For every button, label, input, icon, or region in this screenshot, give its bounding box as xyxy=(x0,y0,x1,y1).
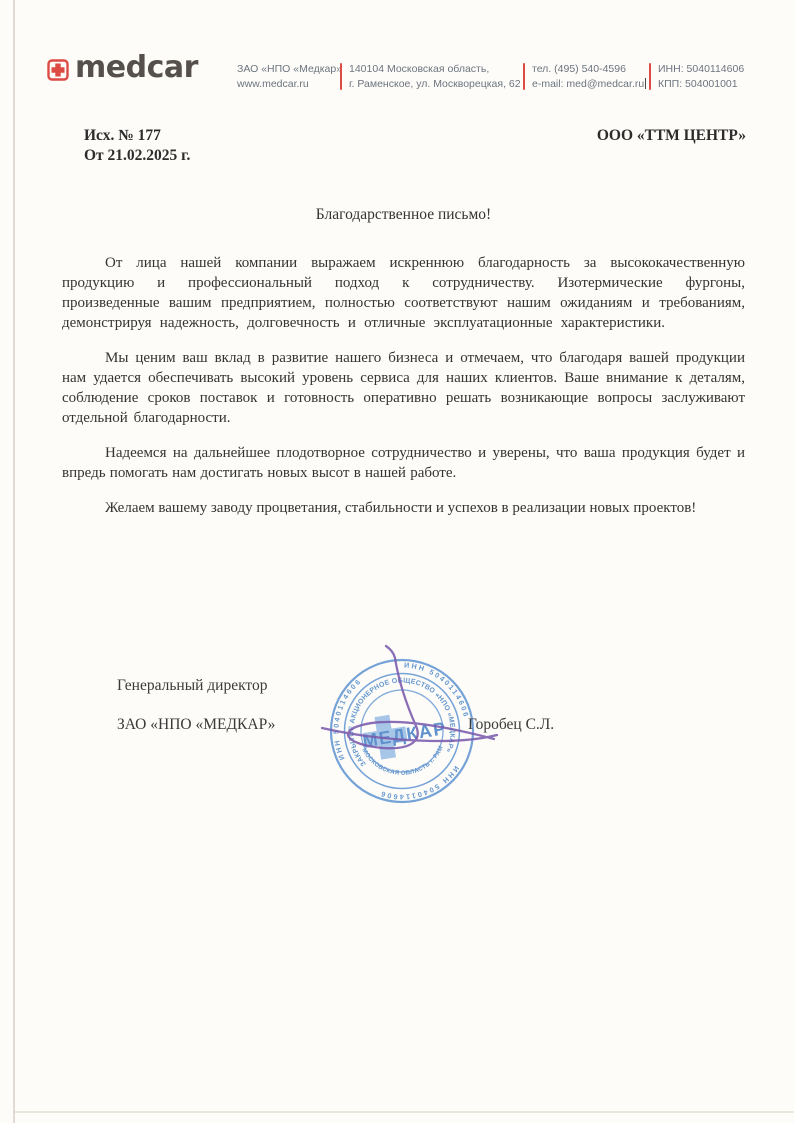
handwritten-signature xyxy=(300,628,510,768)
letter-paragraph-4: Желаем вашему заводу процветания, стабил… xyxy=(62,498,745,518)
header-divider xyxy=(340,63,342,90)
signature-block: Генеральный директор ЗАО «НПО «МЕДКАР» xyxy=(117,676,275,734)
contact-address-line2: г. Раменское, ул. Москворецкая, 62 xyxy=(349,77,521,92)
recipient: ООО «ТТМ ЦЕНТР» xyxy=(597,126,746,146)
scan-edge-left xyxy=(13,0,15,1123)
letter-title: Благодарственное письмо! xyxy=(62,204,745,226)
signer-position: Генеральный директор xyxy=(117,676,275,695)
contact-address-line1: 140104 Московская область, xyxy=(349,62,521,77)
contact-company: ЗАО «НПО «Медкар» www.medcar.ru xyxy=(237,62,342,91)
letter-meta: Исх. № 177 От 21.02.2025 г. ООО «ТТМ ЦЕН… xyxy=(84,126,746,165)
letter-body: Благодарственное письмо! От лица нашей к… xyxy=(62,204,745,533)
letter-paragraph-3: Надеемся на дальнейшее плодотворное сотр… xyxy=(62,443,745,483)
medical-cross-icon xyxy=(47,59,69,81)
contact-phone-email: тел. (495) 540-4596 e-mail: med@medcar.r… xyxy=(532,62,646,91)
scan-artifact-line xyxy=(645,78,646,89)
signer-company: ЗАО «НПО «МЕДКАР» xyxy=(117,715,275,734)
contact-website: www.medcar.ru xyxy=(237,77,342,92)
letter-paragraph-1: От лица нашей компании выражаем искренню… xyxy=(62,253,745,333)
logo-wordmark: medcar xyxy=(75,53,198,83)
outgoing-block: Исх. № 177 От 21.02.2025 г. xyxy=(84,126,190,165)
contact-address: 140104 Московская область, г. Раменское,… xyxy=(349,62,521,91)
outgoing-number: Исх. № 177 xyxy=(84,126,190,146)
company-logo: medcar xyxy=(47,56,198,83)
header-divider xyxy=(523,63,525,90)
contact-email: e-mail: med@medcar.ru xyxy=(532,77,646,92)
contact-inn: ИНН: 5040114606 xyxy=(658,62,744,77)
scanned-letter-page: medcar ЗАО «НПО «Медкар» www.medcar.ru 1… xyxy=(0,0,794,1123)
scan-edge-bottom xyxy=(13,1111,794,1113)
header-divider xyxy=(649,63,651,90)
contact-requisites: ИНН: 5040114606 КПП: 504001001 xyxy=(658,62,744,91)
contact-kpp: КПП: 504001001 xyxy=(658,77,744,92)
letter-paragraph-2: Мы ценим ваш вклад в развитие нашего биз… xyxy=(62,348,745,428)
contact-phone: тел. (495) 540-4596 xyxy=(532,62,646,77)
contact-company-name: ЗАО «НПО «Медкар» xyxy=(237,62,342,77)
outgoing-date: От 21.02.2025 г. xyxy=(84,146,190,166)
